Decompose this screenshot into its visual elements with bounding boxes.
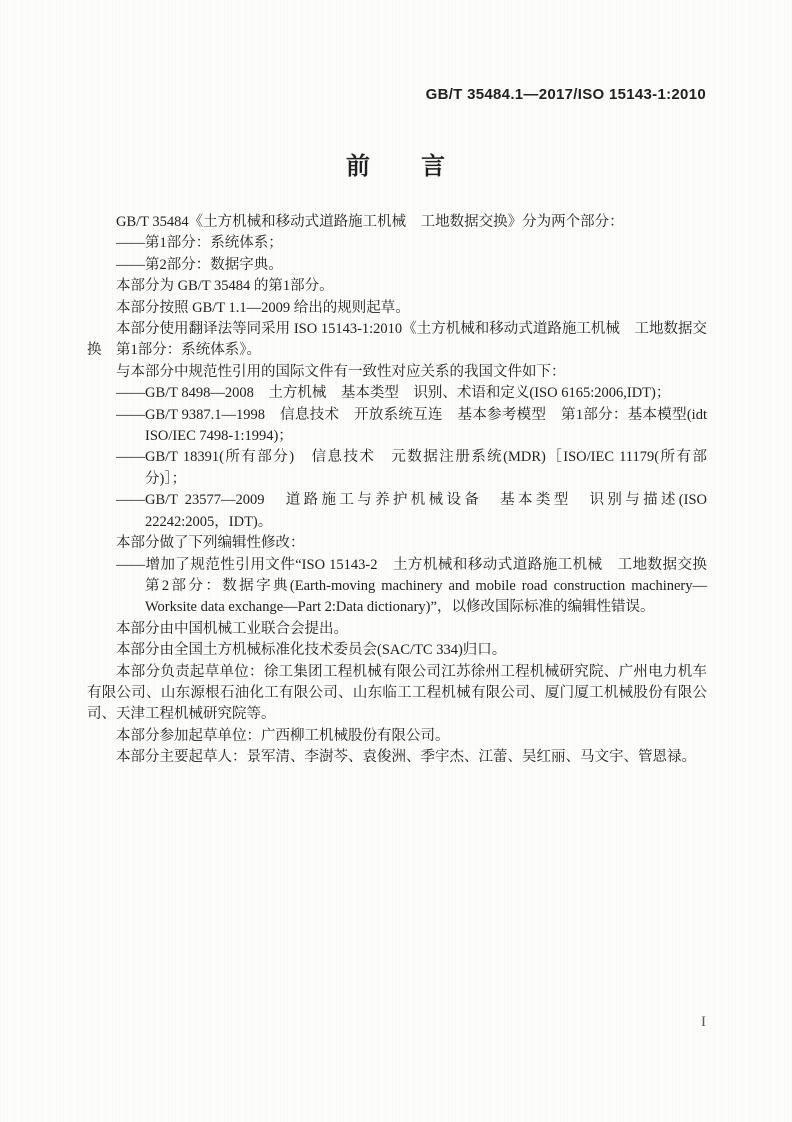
foreword-paragraph: ——GB/T 9387.1—1998 信息技术 开放系统互连 基本参考模型 第1… — [87, 405, 707, 448]
foreword-paragraph: ——第1部分：系统体系； — [87, 233, 707, 254]
page-title: 前 言 — [0, 146, 792, 181]
foreword-paragraph: 本部分由中国机械工业联合会提出。 — [87, 619, 707, 640]
foreword-paragraph: GB/T 35484《土方机械和移动式道路施工机械 工地数据交换》分为两个部分： — [87, 212, 707, 233]
foreword-paragraph: 本部分主要起草人：景军清、李澍芩、袁俊洲、季宇杰、江蕾、吴红丽、马文宇、管恩禄。 — [87, 747, 707, 768]
standard-code-header: GB/T 35484.1—2017/ISO 15143-1:2010 — [426, 86, 706, 103]
foreword-paragraph: 本部分由全国土方机械标准化技术委员会(SAC/TC 334)归口。 — [87, 640, 707, 661]
scanned-standard-page: { "document": { "header_code": "GB/T 354… — [0, 0, 792, 1122]
foreword-paragraph: 本部分使用翻译法等同采用 ISO 15143-1:2010《土方机械和移动式道路… — [87, 319, 707, 362]
foreword-paragraph: ——GB/T 8498—2008 土方机械 基本类型 识别、术语和定义(ISO … — [87, 383, 707, 404]
foreword-paragraph: 本部分参加起草单位：广西柳工机械股份有限公司。 — [87, 726, 707, 747]
foreword-paragraph: 本部分为 GB/T 35484 的第1部分。 — [87, 276, 707, 297]
foreword-paragraph: 与本部分中规范性引用的国际文件有一致性对应关系的我国文件如下： — [87, 362, 707, 383]
foreword-paragraph: ——GB/T 18391(所有部分) 信息技术 元数据注册系统(MDR)［ISO… — [87, 447, 707, 490]
foreword-body: GB/T 35484《土方机械和移动式道路施工机械 工地数据交换》分为两个部分：… — [87, 212, 707, 769]
foreword-paragraph: 本部分负责起草单位：徐工集团工程机械有限公司江苏徐州工程机械研究院、广州电力机车… — [87, 662, 707, 726]
foreword-paragraph: ——增加了规范性引用文件“ISO 15143-2 土方机械和移动式道路施工机械 … — [87, 555, 707, 619]
foreword-paragraph: 本部分做了下列编辑性修改： — [87, 533, 707, 554]
page-number: I — [0, 1014, 706, 1031]
foreword-paragraph: ——第2部分：数据字典。 — [87, 255, 707, 276]
foreword-paragraph: ——GB/T 23577—2009 道路施工与养护机械设备 基本类型 识别与描述… — [87, 490, 707, 533]
foreword-paragraph: 本部分按照 GB/T 1.1—2009 给出的规则起草。 — [87, 298, 707, 319]
